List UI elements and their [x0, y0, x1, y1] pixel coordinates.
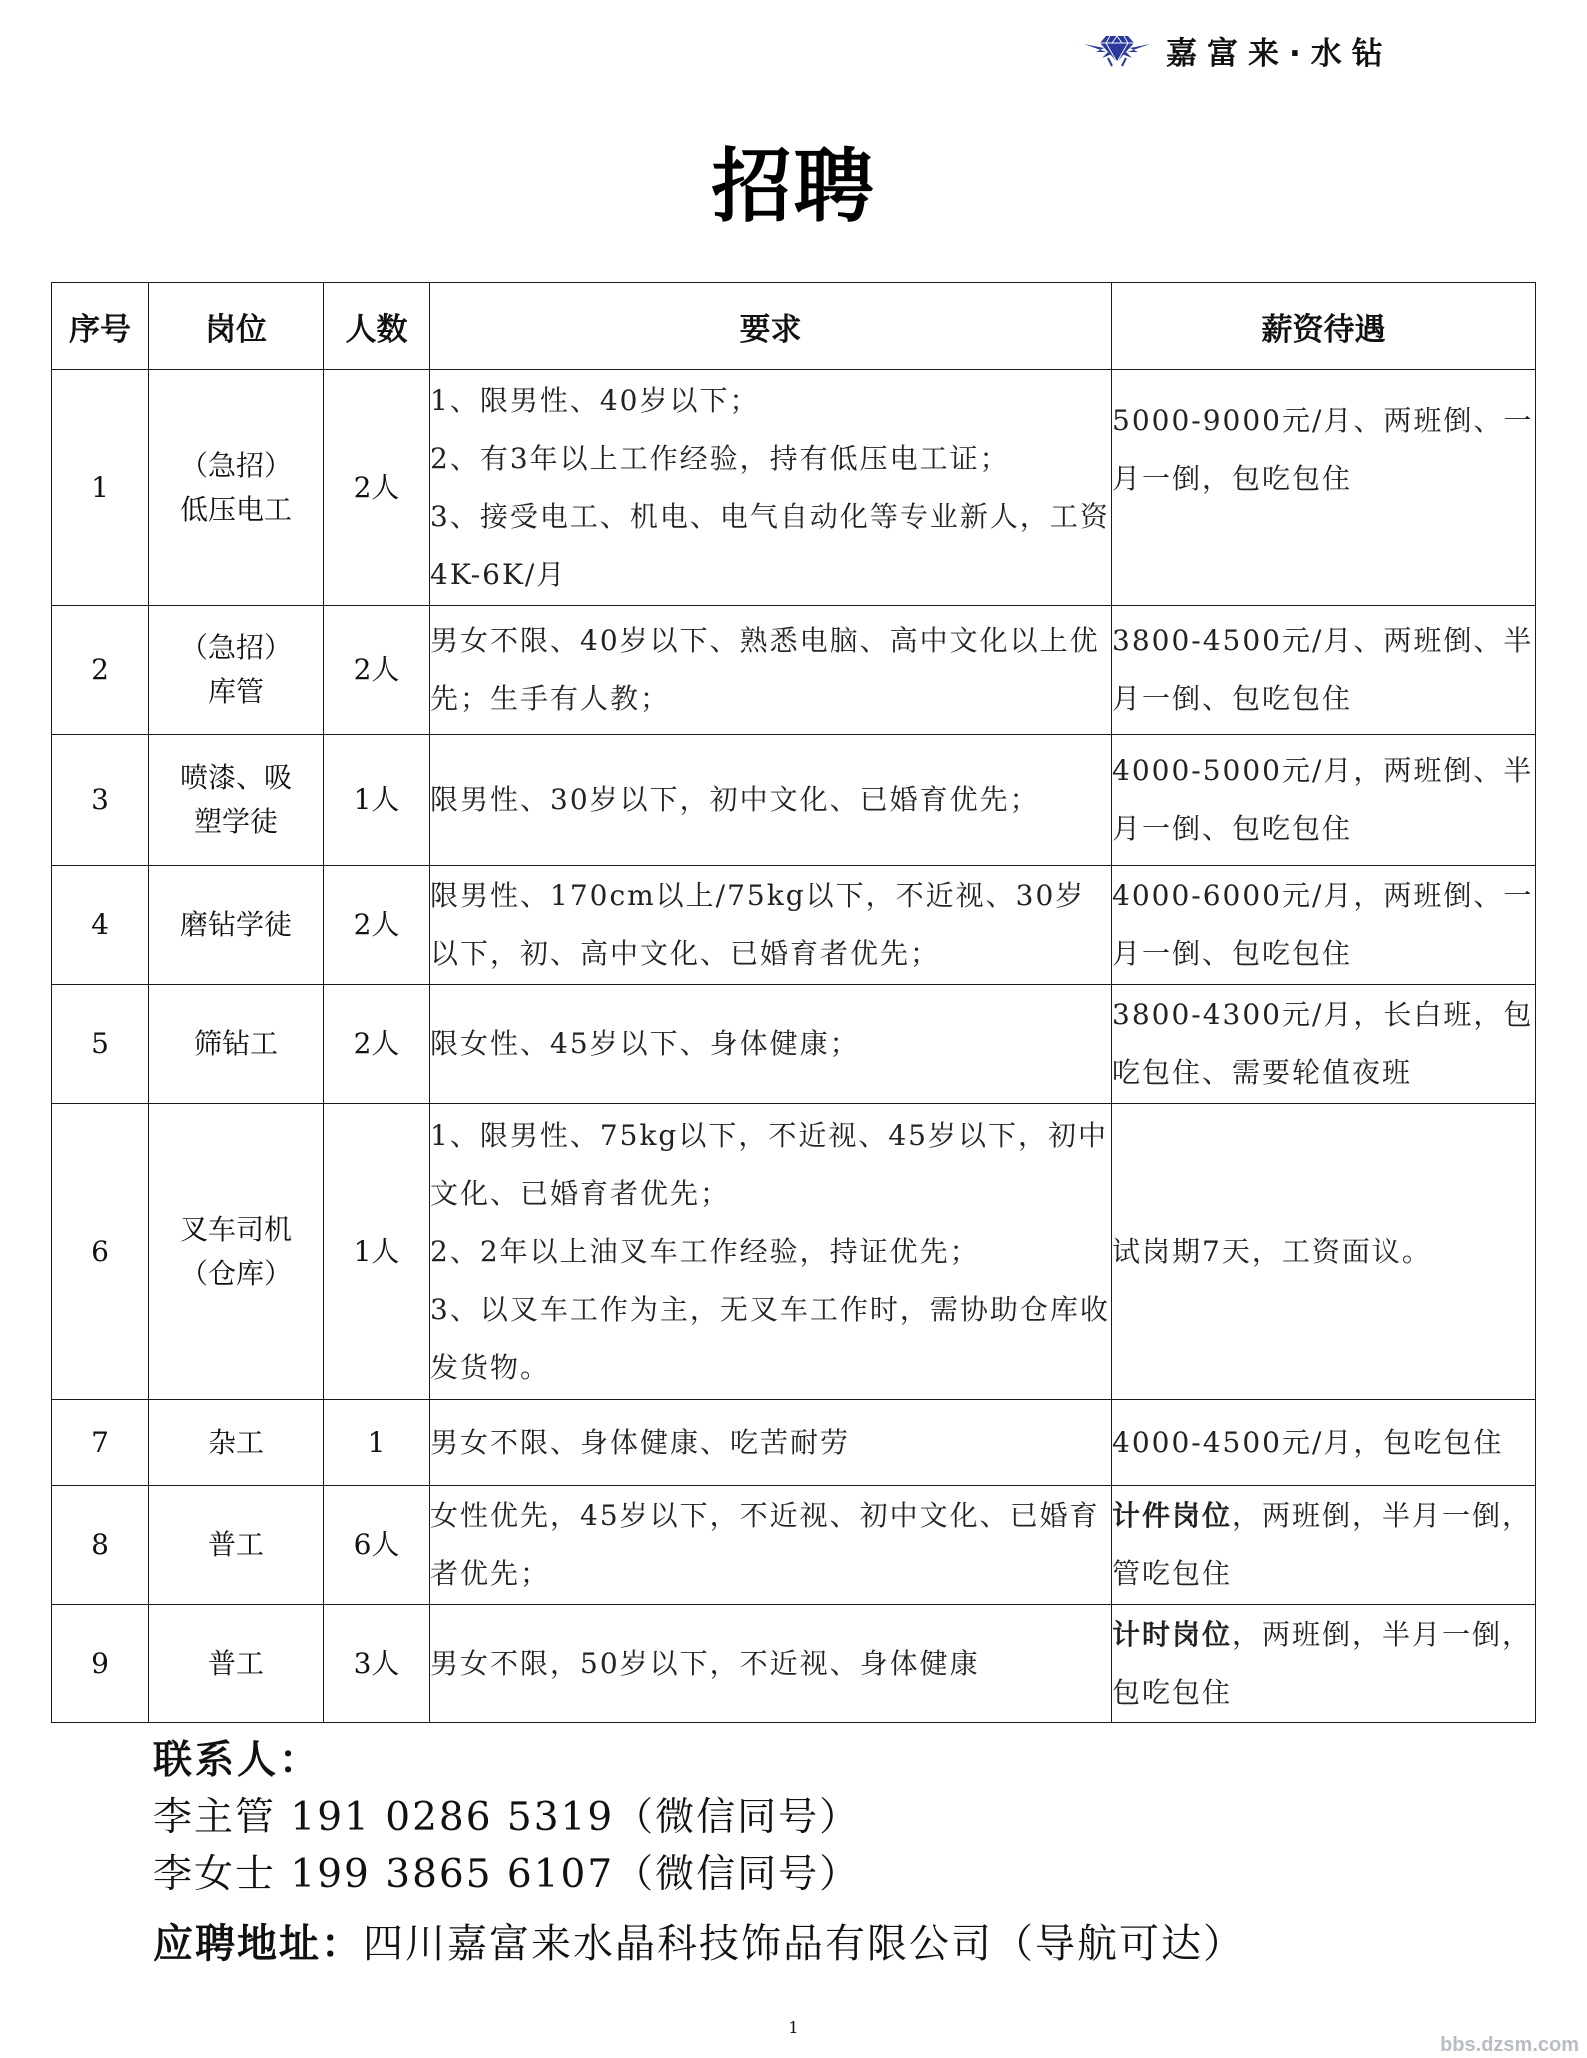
row-position: 筛钻工	[149, 985, 324, 1104]
table-row: 1 （急招） 低压电工 2人 1、限男性、40岁以下； 2、有3年以上工作经验，…	[52, 370, 1536, 606]
logo-text: 嘉富来·水钻	[1166, 28, 1393, 73]
page-number: 1	[0, 2018, 1587, 2037]
row-count: 1人	[324, 735, 430, 866]
row-count: 1人	[324, 1104, 430, 1400]
contact-person: 李女士 199 3865 6107（微信同号）	[153, 1846, 860, 1903]
row-count: 6人	[324, 1486, 430, 1605]
position-line: 杂工	[149, 1421, 323, 1465]
contact-label: 联系人：	[153, 1732, 860, 1789]
position-line: 普工	[149, 1523, 323, 1567]
header-number: 序号	[52, 283, 149, 370]
contact-phone[interactable]: 191 0286 5319	[290, 1795, 614, 1840]
requirement-item: 3、以叉车工作为主，无叉车工作时，需协助仓库收发货物。	[430, 1281, 1111, 1397]
company-logo: 嘉富来·水钻	[1082, 28, 1393, 72]
row-position: 叉车司机 （仓库）	[149, 1104, 324, 1400]
row-salary: 4000-6000元/月，两班倒、一月一倒、包吃包住	[1112, 866, 1536, 985]
row-position: 磨钻学徒	[149, 866, 324, 985]
page-title: 招聘	[0, 122, 1587, 237]
row-count: 3人	[324, 1605, 430, 1723]
position-line: （仓库）	[149, 1252, 323, 1296]
table-row: 9 普工 3人 男女不限，50岁以下，不近视、身体健康 计时岗位，两班倒，半月一…	[52, 1605, 1536, 1723]
row-salary: 试岗期7天，工资面议。	[1112, 1104, 1536, 1400]
row-number: 8	[52, 1486, 149, 1605]
address-label: 应聘地址：	[153, 1920, 363, 1967]
row-number: 2	[52, 606, 149, 735]
salary-text: 3800-4500元/月、两班倒、半月一倒、包吃包住	[1112, 624, 1533, 715]
header-position: 岗位	[149, 283, 324, 370]
position-line: 塑学徒	[149, 800, 323, 844]
requirement-item: 男女不限，50岁以下，不近视、身体健康	[430, 1635, 1111, 1693]
position-line: 喷漆、吸	[149, 756, 323, 800]
requirement-item: 3、接受电工、机电、电气自动化等专业新人，工资4K-6K/月	[430, 488, 1111, 604]
row-requirements: 1、限男性、75kg以下，不近视、45岁以下，初中文化、已婚育者优先； 2、2年…	[430, 1104, 1112, 1400]
row-number: 5	[52, 985, 149, 1104]
row-requirements: 限男性、30岁以下，初中文化、已婚育优先；	[430, 735, 1112, 866]
position-line: （急招）	[149, 444, 323, 488]
row-salary: 计时岗位，两班倒，半月一倒，包吃包住	[1112, 1605, 1536, 1723]
position-line: 叉车司机	[149, 1208, 323, 1252]
salary-text: 4000-4500元/月，包吃包住	[1112, 1426, 1503, 1459]
requirement-item: 男女不限、身体健康、吃苦耐劳	[430, 1414, 1111, 1472]
requirement-item: 女性优先，45岁以下，不近视、初中文化、已婚育者优先；	[430, 1487, 1111, 1603]
row-count: 2人	[324, 370, 430, 606]
table-row: 7 杂工 1 男女不限、身体健康、吃苦耐劳 4000-4500元/月，包吃包住	[52, 1400, 1536, 1486]
row-count: 2人	[324, 866, 430, 985]
position-line: 低压电工	[149, 488, 323, 532]
row-position: （急招） 低压电工	[149, 370, 324, 606]
contact-person: 李主管 191 0286 5319（微信同号）	[153, 1789, 860, 1846]
winged-diamond-icon	[1082, 28, 1152, 72]
requirement-item: 限女性、45岁以下、身体健康；	[430, 1015, 1111, 1073]
row-position: （急招） 库管	[149, 606, 324, 735]
row-salary: 5000-9000元/月、两班倒、一月一倒，包吃包住	[1112, 370, 1536, 606]
position-line: （急招）	[149, 626, 323, 670]
row-requirements: 限女性、45岁以下、身体健康；	[430, 985, 1112, 1104]
salary-text: 3800-4300元/月，长白班，包吃包住、需要轮值夜班	[1112, 998, 1533, 1089]
row-position: 普工	[149, 1605, 324, 1723]
contact-section: 联系人： 李主管 191 0286 5319（微信同号） 李女士 199 386…	[153, 1732, 860, 1903]
salary-type: 计时岗位	[1112, 1618, 1232, 1651]
row-count: 1	[324, 1400, 430, 1486]
address-section: 应聘地址：四川嘉富来水晶科技饰品有限公司（导航可达）	[153, 1912, 1245, 1969]
row-requirements: 男女不限，50岁以下，不近视、身体健康	[430, 1605, 1112, 1723]
contact-name: 李女士	[153, 1852, 276, 1897]
table-row: 6 叉车司机 （仓库） 1人 1、限男性、75kg以下，不近视、45岁以下，初中…	[52, 1104, 1536, 1400]
header-requirements: 要求	[430, 283, 1112, 370]
row-position: 普工	[149, 1486, 324, 1605]
requirement-item: 2、2年以上油叉车工作经验，持证优先；	[430, 1223, 1111, 1281]
row-requirements: 女性优先，45岁以下，不近视、初中文化、已婚育者优先；	[430, 1486, 1112, 1605]
salary-text: 4000-5000元/月，两班倒、半月一倒、包吃包住	[1112, 754, 1533, 845]
salary-text: 试岗期7天，工资面议。	[1112, 1235, 1432, 1268]
table-row: 4 磨钻学徒 2人 限男性、170cm以上/75kg以下，不近视、30岁以下，初…	[52, 866, 1536, 985]
row-requirements: 限男性、170cm以上/75kg以下，不近视、30岁以下，初、高中文化、已婚育者…	[430, 866, 1112, 985]
table-row: 3 喷漆、吸 塑学徒 1人 限男性、30岁以下，初中文化、已婚育优先； 4000…	[52, 735, 1536, 866]
requirement-item: 限男性、30岁以下，初中文化、已婚育优先；	[430, 771, 1111, 829]
contact-phone[interactable]: 199 3865 6107	[290, 1852, 614, 1897]
row-number: 1	[52, 370, 149, 606]
recruitment-table: 序号 岗位 人数 要求 薪资待遇 1 （急招） 低压电工 2人 1、限男性、40…	[51, 282, 1536, 1723]
row-requirements: 1、限男性、40岁以下； 2、有3年以上工作经验，持有低压电工证； 3、接受电工…	[430, 370, 1112, 606]
row-number: 7	[52, 1400, 149, 1486]
position-line: 磨钻学徒	[149, 903, 323, 947]
row-salary: 3800-4300元/月，长白班，包吃包住、需要轮值夜班	[1112, 985, 1536, 1104]
table-header-row: 序号 岗位 人数 要求 薪资待遇	[52, 283, 1536, 370]
header-count: 人数	[324, 283, 430, 370]
requirement-item: 男女不限、40岁以下、熟悉电脑、高中文化以上优先；生手有人教；	[430, 612, 1111, 728]
requirement-item: 1、限男性、40岁以下；	[430, 372, 1111, 430]
row-number: 4	[52, 866, 149, 985]
row-number: 6	[52, 1104, 149, 1400]
contact-note: （微信同号）	[614, 1795, 860, 1840]
salary-type: 计件岗位	[1112, 1499, 1232, 1532]
requirement-item: 限男性、170cm以上/75kg以下，不近视、30岁以下，初、高中文化、已婚育者…	[430, 867, 1111, 983]
table-row: 8 普工 6人 女性优先，45岁以下，不近视、初中文化、已婚育者优先； 计件岗位…	[52, 1486, 1536, 1605]
row-salary: 3800-4500元/月、两班倒、半月一倒、包吃包住	[1112, 606, 1536, 735]
row-number: 9	[52, 1605, 149, 1723]
position-line: 普工	[149, 1642, 323, 1686]
position-line: 库管	[149, 670, 323, 714]
contact-name: 李主管	[153, 1795, 276, 1840]
requirement-item: 1、限男性、75kg以下，不近视、45岁以下，初中文化、已婚育者优先；	[430, 1107, 1111, 1223]
row-requirements: 男女不限、身体健康、吃苦耐劳	[430, 1400, 1112, 1486]
watermark: bbs.dzsm.com	[1440, 2034, 1579, 2057]
contact-note: （微信同号）	[614, 1852, 860, 1897]
address-value: 四川嘉富来水晶科技饰品有限公司（导航可达）	[363, 1921, 1245, 1967]
header-salary: 薪资待遇	[1112, 283, 1536, 370]
row-requirements: 男女不限、40岁以下、熟悉电脑、高中文化以上优先；生手有人教；	[430, 606, 1112, 735]
row-position: 杂工	[149, 1400, 324, 1486]
row-number: 3	[52, 735, 149, 866]
row-salary: 4000-5000元/月，两班倒、半月一倒、包吃包住	[1112, 735, 1536, 866]
row-position: 喷漆、吸 塑学徒	[149, 735, 324, 866]
row-salary: 计件岗位，两班倒，半月一倒，管吃包住	[1112, 1486, 1536, 1605]
position-line: 筛钻工	[149, 1022, 323, 1066]
row-salary: 4000-4500元/月，包吃包住	[1112, 1400, 1536, 1486]
row-count: 2人	[324, 985, 430, 1104]
salary-text: 4000-6000元/月，两班倒、一月一倒、包吃包住	[1112, 879, 1533, 970]
table-row: 5 筛钻工 2人 限女性、45岁以下、身体健康； 3800-4300元/月，长白…	[52, 985, 1536, 1104]
table-row: 2 （急招） 库管 2人 男女不限、40岁以下、熟悉电脑、高中文化以上优先；生手…	[52, 606, 1536, 735]
requirement-item: 2、有3年以上工作经验，持有低压电工证；	[430, 430, 1111, 488]
salary-text: 5000-9000元/月、两班倒、一月一倒，包吃包住	[1112, 404, 1533, 495]
row-count: 2人	[324, 606, 430, 735]
